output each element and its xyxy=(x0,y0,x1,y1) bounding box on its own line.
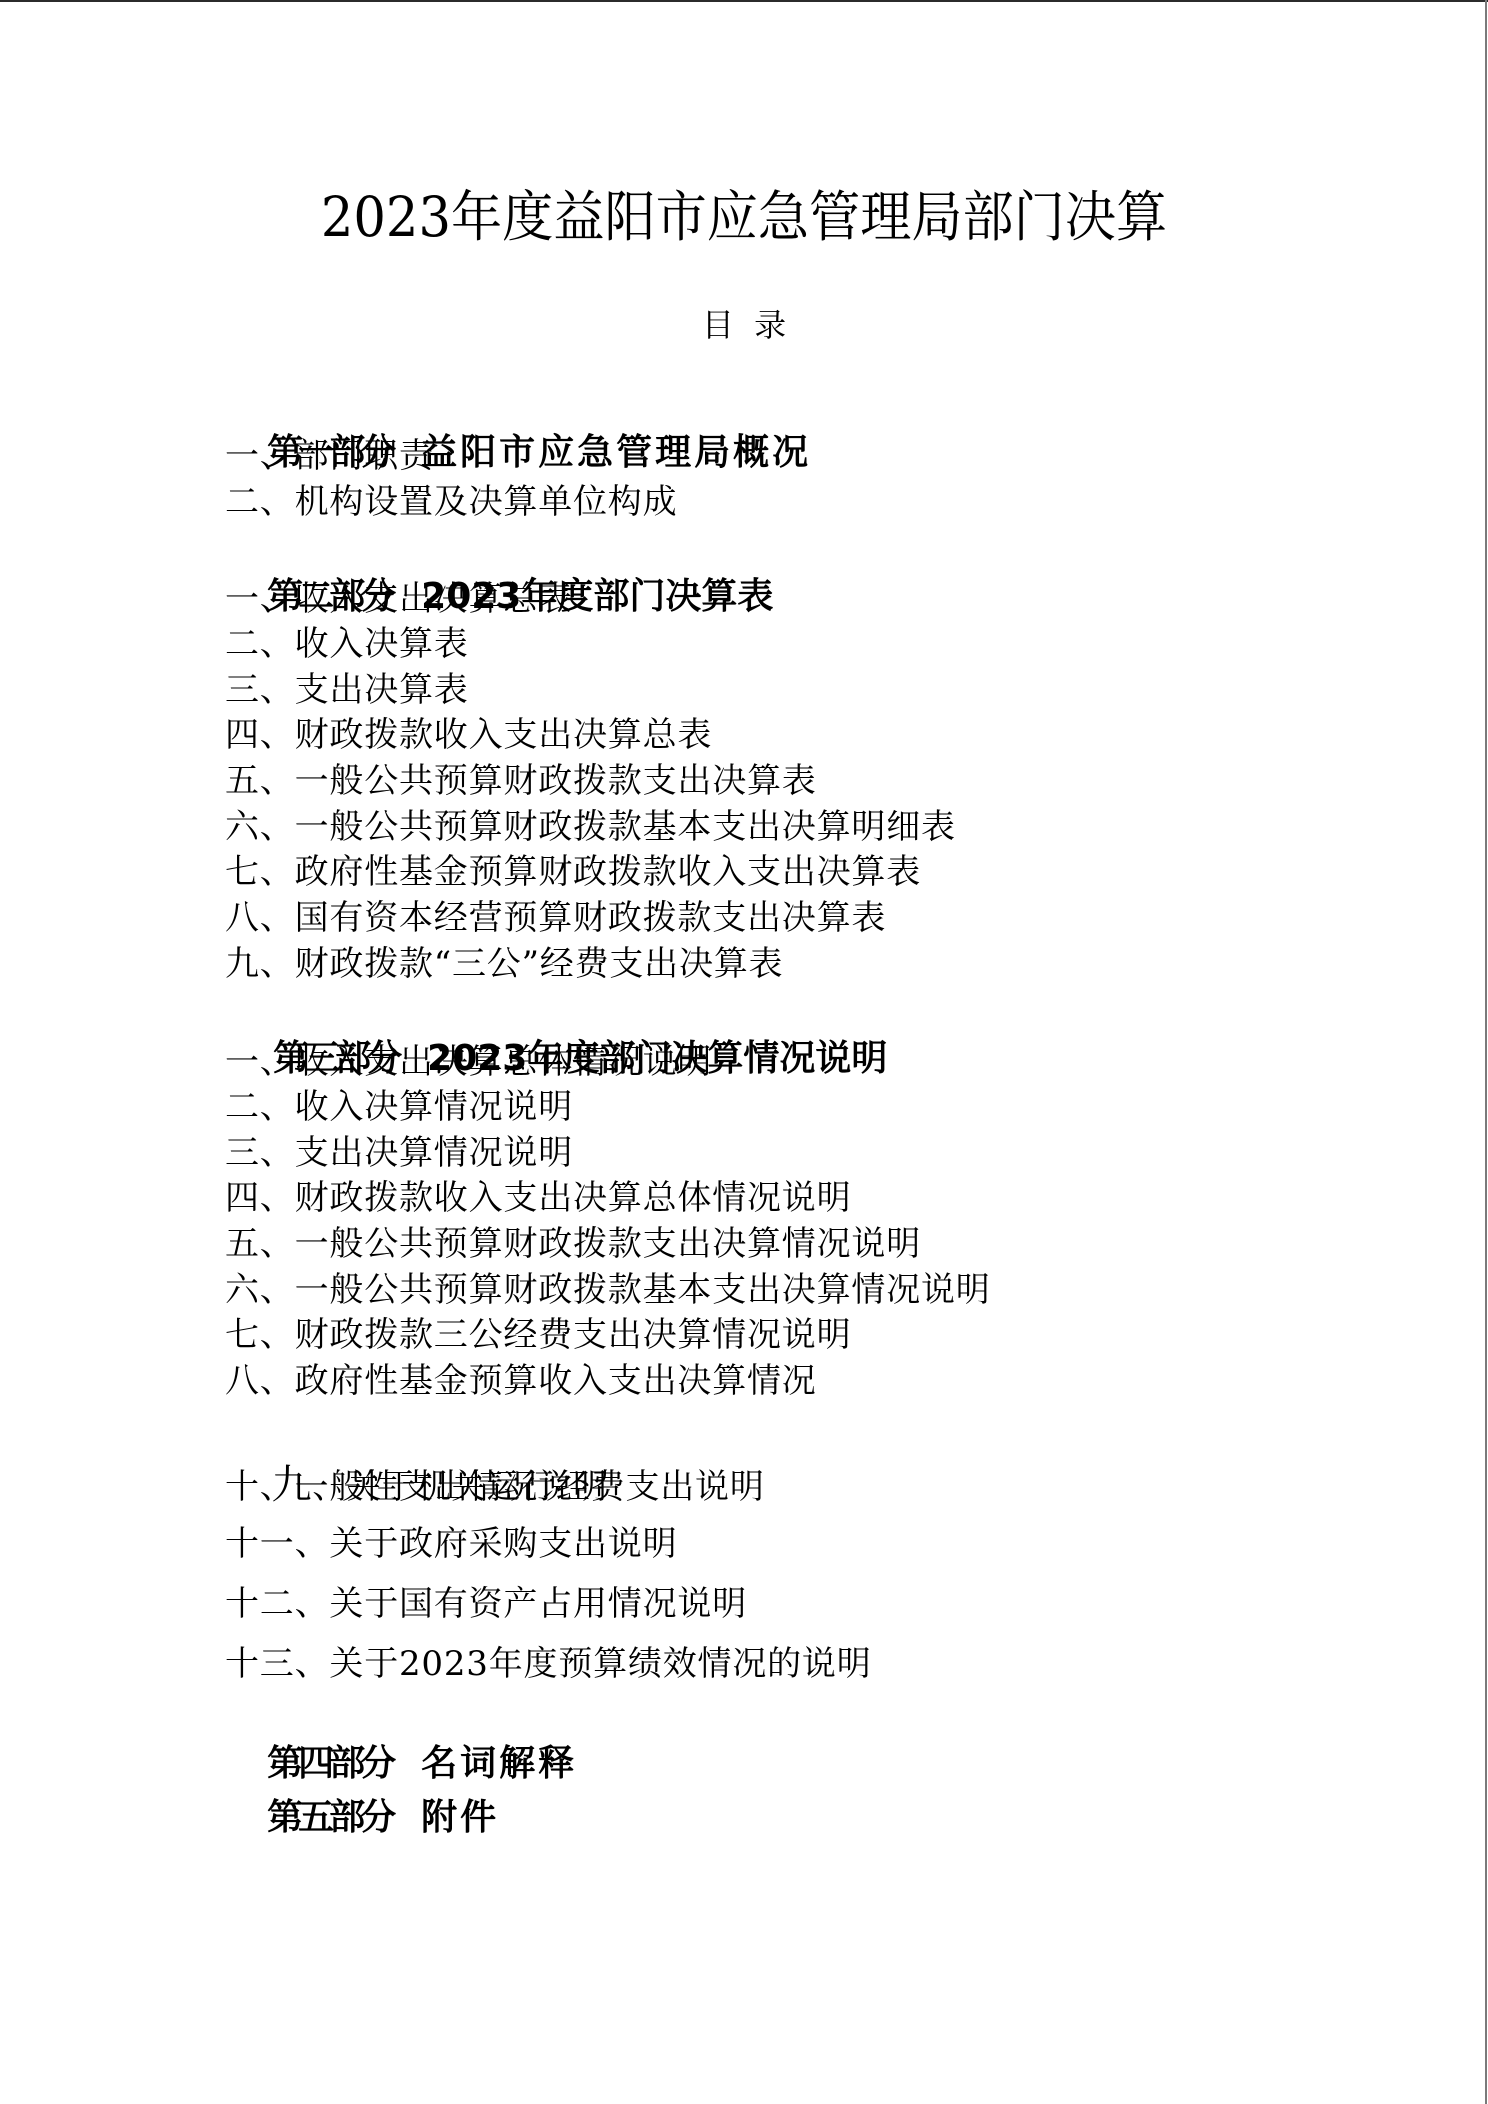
toc-item[interactable]: 十三、关于2023年度预算绩效情况的说明 xyxy=(225,1640,872,1688)
part-label: 第五部分 xyxy=(267,1794,391,1842)
part-subject: 益阳市应急管理局概况 xyxy=(421,432,811,473)
toc-item[interactable]: 七、政府性基金预算财政拨款收入支出决算表 xyxy=(225,848,921,896)
toc-heading-part2[interactable]: 第二部分2023年度部门决算表 xyxy=(217,525,773,573)
toc-item[interactable]: 一、部门职责 xyxy=(225,432,434,480)
toc-item[interactable]: 三、支出决算情况说明 xyxy=(225,1129,573,1177)
toc-item-nine[interactable]: 九、关于机关运行经费支出说明 xyxy=(225,1413,765,1461)
toc-item[interactable]: 一、收入支出决算总体情况说明 xyxy=(225,1038,712,1086)
document-title-text: 2023年度益阳市应急管理局部门决算 xyxy=(321,181,1167,253)
toc-item[interactable]: 二、收入决算情况说明 xyxy=(225,1083,573,1131)
toc-item[interactable]: 五、一般公共预算财政拨款支出决算情况说明 xyxy=(225,1220,921,1268)
toc-item[interactable]: 四、财政拨款收入支出决算总表 xyxy=(225,711,712,759)
toc-item[interactable]: 十一、关于政府采购支出说明 xyxy=(225,1520,677,1568)
toc-heading-part3[interactable]: 第三部分2023年度部门决算情况说明 xyxy=(223,987,887,1035)
page-top-border xyxy=(0,0,1488,2)
toc-item[interactable]: 十二、关于国有资产占用情况说明 xyxy=(225,1580,747,1628)
toc-item[interactable]: 十、一般性支出情况说明 xyxy=(225,1463,608,1511)
toc-item[interactable]: 一、收入支出决算总表 xyxy=(225,575,573,623)
toc-item[interactable]: 八、政府性基金预算收入支出决算情况 xyxy=(225,1357,817,1405)
toc-heading-part1[interactable]: 第一部分益阳市应急管理局概况 xyxy=(217,381,811,429)
toc-item[interactable]: 五、一般公共预算财政拨款支出决算表 xyxy=(225,757,817,805)
document-title: 2023年度益阳市应急管理局部门决算 xyxy=(0,181,1488,253)
toc-item[interactable]: 九、财政拨款“三公”经费支出决算表 xyxy=(225,940,783,988)
toc-item[interactable]: 七、财政拨款三公经费支出决算情况说明 xyxy=(225,1311,851,1359)
toc-item[interactable]: 二、机构设置及决算单位构成 xyxy=(225,478,677,526)
part-subject: 附件 xyxy=(421,1797,499,1838)
toc-item[interactable]: 八、国有资本经营预算财政拨款支出决算表 xyxy=(225,894,886,942)
toc-heading-part4[interactable]: 第四部分名词解释 xyxy=(217,1692,577,1740)
toc-item[interactable]: 三、支出决算表 xyxy=(225,666,469,714)
toc-item[interactable]: 四、财政拨款收入支出决算总体情况说明 xyxy=(225,1174,851,1222)
toc-item[interactable]: 二、收入决算表 xyxy=(225,620,469,668)
document-page: 2023年度益阳市应急管理局部门决算 目 录 第一部分益阳市应急管理局概况 一、… xyxy=(0,0,1488,2104)
toc-item[interactable]: 六、一般公共预算财政拨款基本支出决算明细表 xyxy=(225,803,956,851)
toc-title: 目 录 xyxy=(0,305,1488,345)
toc-heading-part5[interactable]: 第五部分附件 xyxy=(217,1746,499,1794)
toc-item[interactable]: 六、一般公共预算财政拨款基本支出决算情况说明 xyxy=(225,1266,991,1314)
